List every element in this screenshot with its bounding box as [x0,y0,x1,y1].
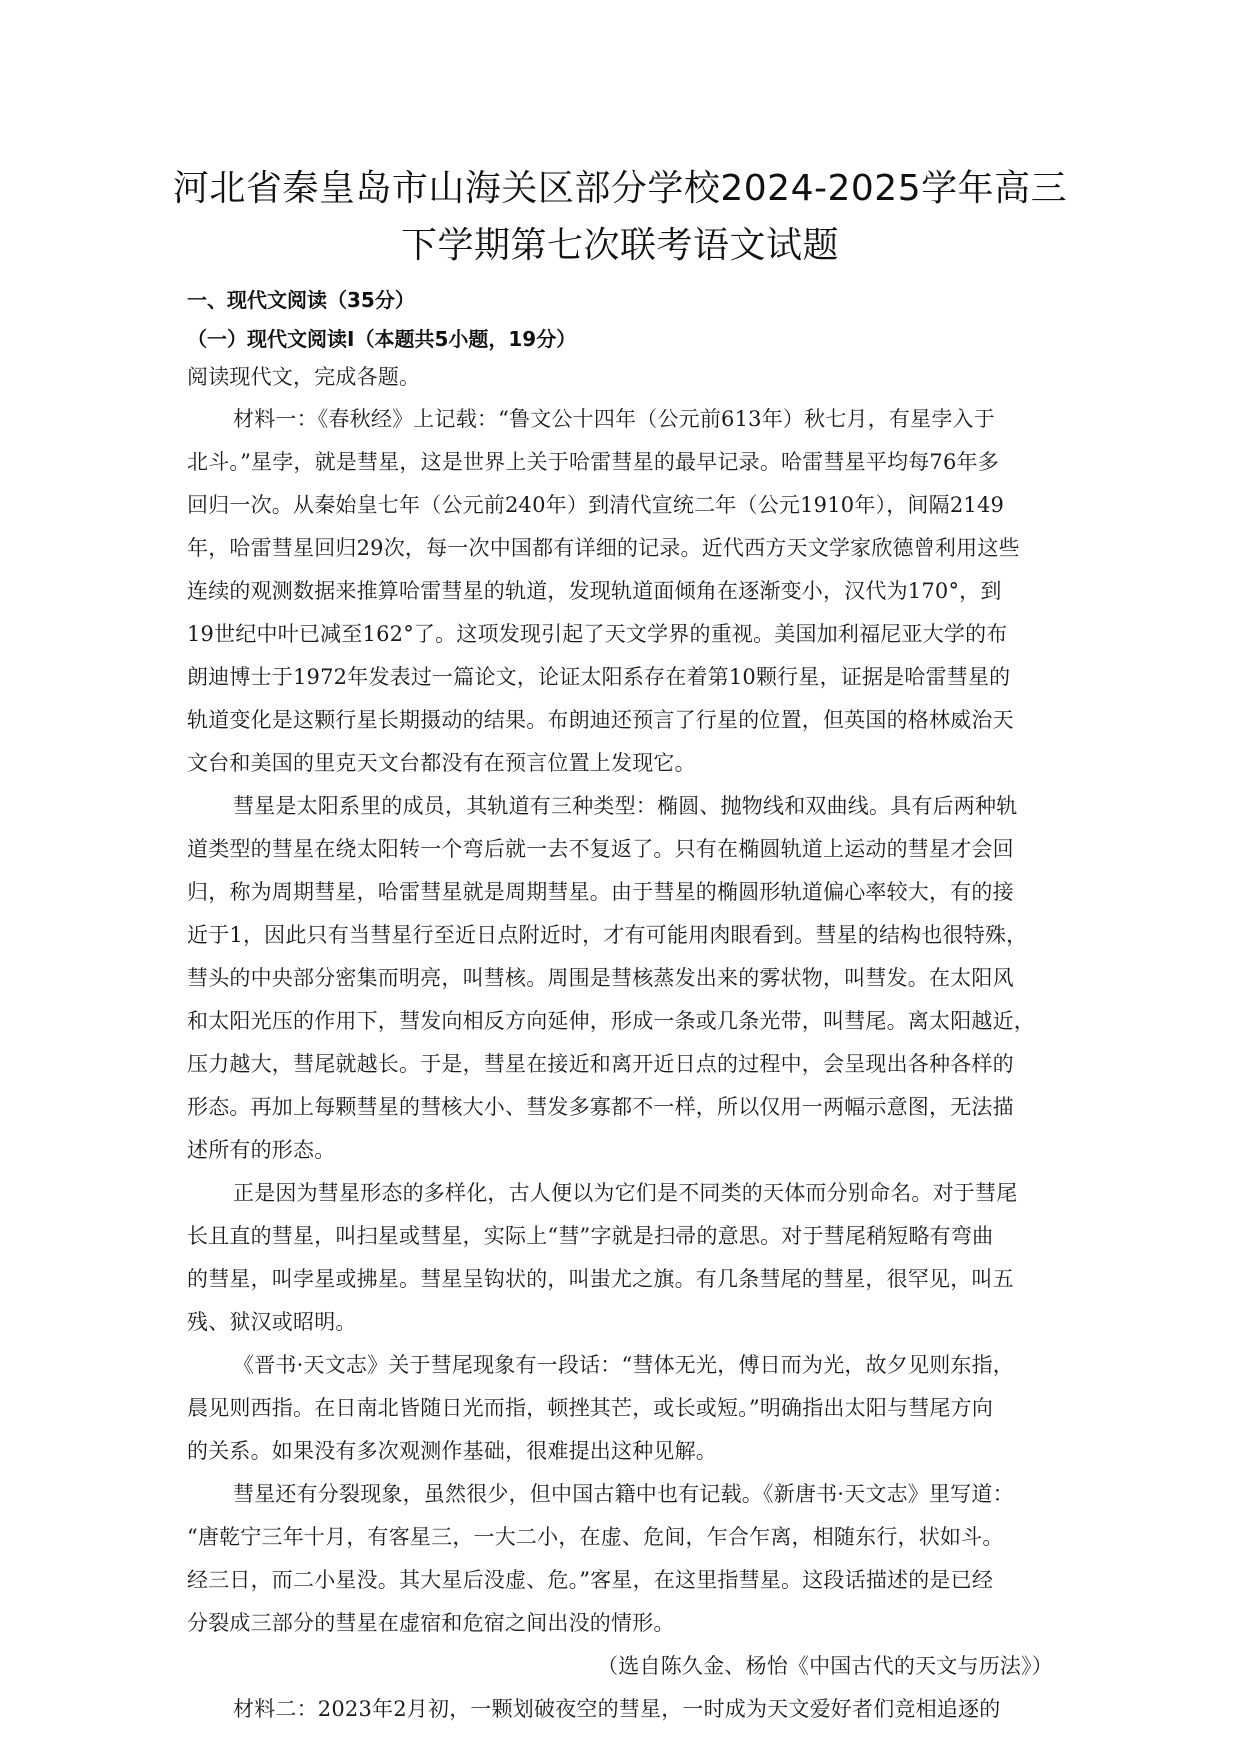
passage-line: 19世纪中叶已减至162°了。这项发现引起了天文学界的重视。美国加利福尼亚大学的… [187,618,1008,648]
passage-line: 归，称为周期彗星，哈雷彗星就是周期彗星。由于彗星的椭圆形轨道偏心率较大，有的接 [187,876,1014,906]
passage-line: 形态。再加上每颗彗星的彗核大小、彗发多寡都不一样，所以仅用一两幅示意图，无法描 [187,1091,1014,1121]
passage-line: “唐乾宁三年十月，有客星三，一大二小，在虚、危间，乍合乍离，相随东行，状如斗。 [187,1521,1004,1551]
passage-line: 正是因为彗星形态的多样化，古人便以为它们是不同类的天体而分别命名。对于彗尾 [233,1177,1017,1207]
passage-line: 分裂成三部分的彗星在虚宿和危宿之间出没的情形。 [187,1607,675,1637]
passage-line: 近于1，因此只有当彗星行至近日点附近时，才有可能用肉眼看到。彗星的结构也很特殊， [187,919,1027,949]
passage-line: 材料一：《春秋经》上记载：“鲁文公十四年（公元前613年）秋七月，有星孛入于 [233,403,995,433]
passage-line: 的彗星，叫孛星或拂星。彗星呈钩状的，叫蚩尤之旗。有几条彗尾的彗星，很罕见，叫五 [187,1263,1014,1293]
passage-line: 述所有的形态。 [187,1134,335,1164]
passage-line: 轨道变化是这颗行星长期摄动的结果。布朗迪还预言了行星的位置，但英国的格林威治天 [187,704,1014,734]
document-title-line-2: 下学期第七次联考语文试题 [0,217,1240,268]
passage-line: 彗头的中央部分密集而明亮，叫彗核。周围是彗核蒸发出来的雾状物，叫彗发。在太阳风 [187,962,1014,992]
passage-line: 连续的观测数据来推算哈雷彗星的轨道，发现轨道面倾角在逐渐变小，汉代为170°，到 [187,575,1002,605]
material-two-line: 材料二：2023年2月初，一颗划破夜空的彗星，一时成为天文爱好者们竞相追逐的 [233,1693,1000,1723]
passage-line: 彗星还有分裂现象，虽然很少，但中国古籍中也有记载。《新唐书·天文志》里写道： [233,1478,1014,1508]
passage-line: 经三日，而二小星没。其大星后没虚、危。”客星，在这里指彗星。这段话描述的是已经 [187,1564,993,1594]
passage-line: 文台和美国的里克天文台都没有在预言位置上发现它。 [187,747,696,777]
passage-line: 和太阳光压的作用下，彗发向相反方向延伸，形成一条或几条光带，叫彗尾。离太阳越近， [187,1005,1035,1035]
passage-line: 残、狱汉或昭明。 [187,1306,357,1336]
passage-line: 道类型的彗星在绕太阳转一个弯后就一去不复返了。只有在椭圆轨道上运动的彗星才会回 [187,833,1014,863]
passage-line: 晨见则西指。在日南北皆随日光而指，顿挫其芒，或长或短。”明确指出太阳与彗尾方向 [187,1392,993,1422]
passage-line: 回归一次。从秦始皇七年（公元前240年）到清代宣统二年（公元1910年），间隔2… [187,489,1004,519]
source-citation: （选自陈久金、杨怡《中国古代的天文与历法》） [597,1650,1053,1680]
instruction-text: 阅读现代文，完成各题。 [187,361,420,391]
passage-line: 年，哈雷彗星回归29次，每一次中国都有详细的记录。近代西方天文学家欣德曾利用这些 [187,532,1020,562]
section-heading: 一、现代文阅读（35分） [187,284,415,313]
subsection-heading: （一）现代文阅读Ⅰ（本题共5小题，19分） [187,323,576,352]
passage-line: 北斗。”星孛，就是彗星，这是世界上关于哈雷彗星的最早记录。哈雷彗星平均每76年多 [187,446,999,476]
passage-line: 《晋书·天文志》关于彗尾现象有一段话：“彗体无光，傅日而为光，故夕见则东指， [233,1349,1014,1379]
document-title-line-1: 河北省秦皇岛市山海关区部分学校2024-2025学年高三 [0,160,1240,211]
passage-line: 朗迪博士于1972年发表过一篇论文，论证太阳系存在着第10颗行星，证据是哈雷彗星… [187,661,1010,691]
passage-line: 的关系。如果没有多次观测作基础，很难提出这种见解。 [187,1435,717,1465]
passage-line: 压力越大，彗尾就越长。于是，彗星在接近和离开近日点的过程中，会呈现出各种各样的 [187,1048,1014,1078]
passage-line: 长且直的彗星，叫扫星或彗星，实际上“彗”字就是扫帚的意思。对于彗尾稍短略有弯曲 [187,1220,993,1250]
passage-line: 彗星是太阳系里的成员，其轨道有三种类型：椭圆、抛物线和双曲线。具有后两种轨 [233,790,1017,820]
